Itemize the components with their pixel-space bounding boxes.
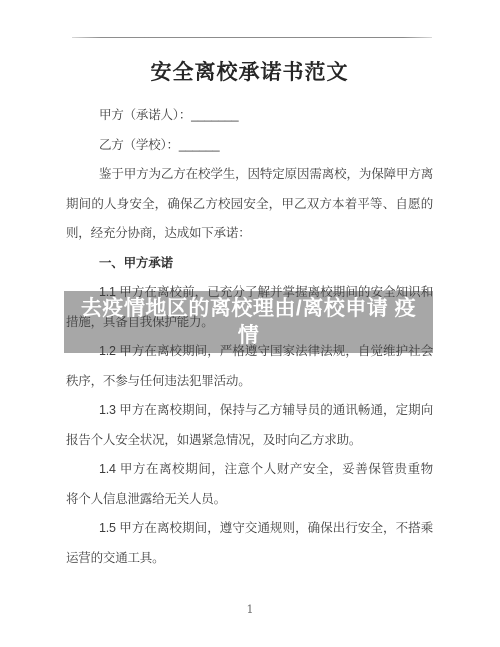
text-line: 将个人信息泄露给无关人员。 <box>66 485 433 515</box>
document-content: 安全离校承诺书范文 甲方（承诺人）：_______乙方（学校）：______鉴于… <box>66 0 433 573</box>
text-line: 1.4 甲方在离校期间，注意个人财产安全，妥善保管贵重物品，不 <box>66 455 433 485</box>
text-line: 期间的人身安全，确保乙方校园安全，甲乙双方本着平等、自愿的原 <box>66 190 433 220</box>
text-line: 一、甲方承诺 <box>66 249 433 279</box>
text-line: 鉴于甲方为乙方在校学生，因特定原因需离校，为保障甲方离校 <box>66 160 433 190</box>
watermark-overlay: 去疫情地区的离校理由/离校申请 疫情 <box>64 288 433 356</box>
watermark-line: 情 <box>238 322 260 349</box>
watermark-line: 去疫情地区的离校理由/离校申请 疫 <box>81 295 416 322</box>
text-line: 1.5 甲方在离校期间，遵守交通规则，确保出行安全，不搭乘非法 <box>66 514 433 544</box>
text-line: 则，经充分协商，达成如下承诺： <box>66 219 433 249</box>
document-page: 安全离校承诺书范文 甲方（承诺人）：_______乙方（学校）：______鉴于… <box>0 0 500 647</box>
text-line: 乙方（学校）：______ <box>66 131 433 161</box>
text-line: 秩序，不参与任何违法犯罪活动。 <box>66 367 433 397</box>
page-number: 1 <box>0 603 500 617</box>
text-line: 甲方（承诺人）：_______ <box>66 101 433 131</box>
document-title: 安全离校承诺书范文 <box>66 58 433 88</box>
text-line: 报告个人安全状况，如遇紧急情况，及时向乙方求助。 <box>66 426 433 456</box>
text-line: 运营的交通工具。 <box>66 544 433 574</box>
text-line: 1.3 甲方在离校期间，保持与乙方辅导员的通讯畅通，定期向乙方 <box>66 396 433 426</box>
